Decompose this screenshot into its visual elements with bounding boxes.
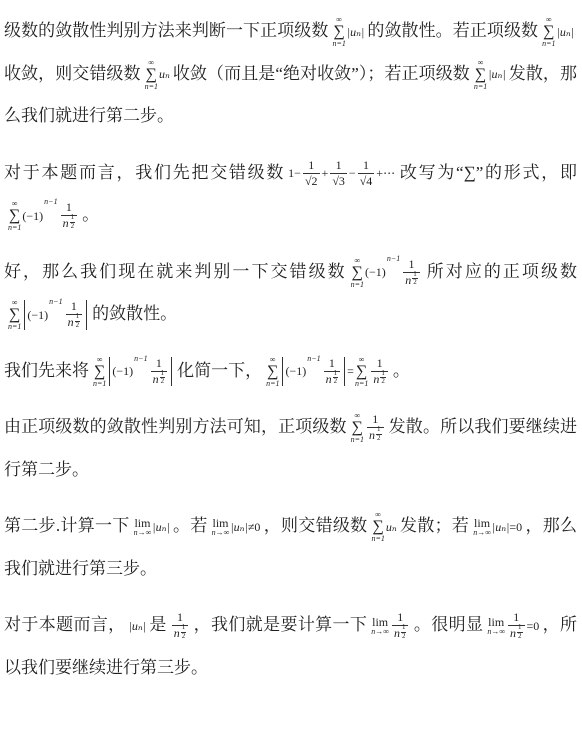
text-run: 。很明显	[413, 615, 483, 634]
var-n: n	[326, 373, 332, 387]
denominator: n12	[151, 371, 168, 387]
fraction-1-over-n-half: 1n12	[403, 258, 420, 288]
text-run: 化简一下，	[177, 361, 262, 380]
sum-operator: ∞∑n=1	[8, 299, 21, 331]
fraction-1-over-n-half: 1n12	[508, 611, 525, 641]
sigma-icon: ∑	[333, 24, 344, 40]
fraction-1-over-n-half: 1n12	[66, 300, 83, 330]
abs-bar-left	[24, 300, 25, 330]
limit-operator: limn→∞	[371, 616, 389, 636]
n-power-half: n12	[373, 373, 386, 387]
formula-alternating-series: ∞∑n=1(−1)n−11n12	[350, 257, 422, 289]
exponent-n-minus-1: n−1	[44, 198, 57, 207]
sum-operator: ∞∑n=1	[355, 356, 368, 388]
n-power-half: n12	[63, 217, 76, 231]
abs-bar-left	[282, 357, 283, 387]
formula-lim-abs-un: limn→∞|uₙ|	[133, 517, 170, 537]
lim-subscript: n→∞	[371, 628, 389, 636]
sigma-icon: ∑	[352, 420, 363, 436]
n-power-half: n12	[394, 627, 407, 641]
paragraph-2: 对于本题而言，我们先把交错级数1−1√2+1√3−1√4+⋯改写为“∑”的形式，…	[4, 152, 577, 237]
var-n: n	[63, 217, 69, 231]
fraction-1-over-n-half: 1n12	[61, 201, 78, 231]
exponent-n-minus-1: n−1	[307, 355, 320, 364]
sum-lower-limit: n=1	[332, 40, 345, 48]
n-power-half: n12	[405, 274, 418, 288]
exp-denominator: 2	[413, 279, 417, 287]
un-term: uₙ	[386, 521, 397, 534]
limit-operator: limn→∞	[134, 517, 152, 537]
text-run: 由正项级数的敛散性判别方法可知，正项级数	[4, 417, 347, 436]
var-n: n	[394, 627, 400, 641]
exp-denominator: 2	[377, 435, 381, 443]
exponent-half: 12	[70, 214, 76, 230]
equals-sign: =	[509, 521, 516, 534]
sum-operator: ∞∑n=1	[332, 16, 345, 48]
exp-denominator: 2	[402, 633, 406, 641]
denominator: n12	[508, 625, 525, 641]
formula-abs-un: |uₙ|	[129, 620, 146, 633]
exponent-n-minus-1: n−1	[387, 255, 400, 264]
plus-sign: +	[322, 167, 329, 180]
text-run: 收敛（而且是“绝对收敛”）；若正项级数	[173, 64, 470, 83]
absolute-value-group: (−1)n−11n12	[22, 300, 89, 330]
limit-operator: limn→∞	[487, 616, 505, 636]
denominator: n12	[61, 215, 78, 231]
zero-value: 0	[516, 521, 522, 534]
denominator-sqrt4: √4	[358, 173, 375, 189]
neq-sign: ≠	[248, 521, 255, 534]
sigma-icon: ∑	[9, 208, 20, 224]
var-n: n	[405, 274, 411, 288]
var-n: n	[510, 627, 516, 641]
sum-lower-limit: n=1	[351, 436, 364, 444]
exp-denominator: 2	[381, 378, 385, 386]
exp-denominator: 2	[334, 378, 338, 386]
neg-one-term: (−1)	[22, 210, 43, 223]
neg-one-term: (−1)	[285, 365, 306, 378]
fraction-1-over-n-half: 1n12	[371, 357, 388, 387]
exp-denominator: 2	[182, 633, 186, 641]
var-n: n	[373, 373, 379, 387]
formula-sum-abs-un: ∞∑n=1|uₙ|	[331, 16, 364, 48]
abs-un-term: |uₙ|	[488, 68, 505, 81]
numerator: 1	[306, 159, 316, 173]
text-run: 是	[149, 615, 167, 634]
text-run: 对于本题而言，	[4, 615, 126, 634]
exponent-half: 12	[412, 271, 418, 287]
denominator-sqrt2: √2	[303, 173, 320, 189]
paragraph-1: 级数的敛散性判别方法来判断一下正项级数∞∑n=1|uₙ|的敛散性。若正项级数∞∑…	[4, 10, 577, 138]
exponent-half: 12	[401, 624, 407, 640]
absolute-value-group: (−1)n−11n12	[107, 357, 174, 387]
exp-denominator: 2	[76, 322, 80, 330]
exponent-half: 12	[160, 370, 166, 386]
numerator: 1	[361, 159, 371, 173]
limit-operator: limn→∞	[212, 517, 230, 537]
text-run: 发散；若	[400, 516, 469, 535]
zero-value: 0	[533, 620, 539, 633]
sum-lower-limit: n=1	[266, 380, 279, 388]
sigma-icon: ∑	[543, 24, 554, 40]
paragraph-6: 第二步.计算一下limn→∞|uₙ|。若limn→∞|uₙ|≠0，则交错级数∞∑…	[4, 505, 577, 590]
exponent-n-minus-1: n−1	[134, 355, 147, 364]
lim-subscript: n→∞	[473, 529, 491, 537]
sigma-icon: ∑	[352, 265, 363, 281]
denominator: n12	[392, 625, 409, 641]
text-run: 的敛散性。	[92, 304, 177, 323]
formula-alternating-series: ∞∑n=1(−1)n−11n12	[7, 200, 79, 232]
paragraph-3: 好，那么我们现在就来判别一下交错级数∞∑n=1(−1)n−11n12所对应的正项…	[4, 251, 577, 336]
var-n: n	[153, 373, 159, 387]
text-run: 。若	[173, 516, 208, 535]
formula-lim-abs-un-zero: limn→∞|uₙ|=0	[472, 517, 522, 537]
sum-operator: ∞∑n=1	[8, 200, 21, 232]
formula-lim-1-over-n-half-zero: limn→∞1n12=0	[486, 611, 539, 641]
text-run: 对于本题而言，我们先把交错级数	[4, 163, 285, 182]
abs-bar-right	[171, 357, 172, 387]
sum-lower-limit: n=1	[93, 380, 106, 388]
sum-lower-limit: n=1	[355, 380, 368, 388]
text-run: ，则交错级数	[263, 516, 367, 535]
formula-sum-un: ∞∑n=1uₙ	[144, 59, 170, 91]
fraction-1-sqrt2: 1√2	[303, 159, 320, 189]
document: 级数的敛散性判别方法来判断一下正项级数∞∑n=1|uₙ|的敛散性。若正项级数∞∑…	[4, 10, 577, 689]
n-power-half: n12	[153, 373, 166, 387]
lim-subscript: n→∞	[134, 529, 152, 537]
text-run: 级数的敛散性判别方法来判断一下正项级数	[4, 21, 328, 40]
sum-lower-limit: n=1	[474, 83, 487, 91]
denominator: n12	[172, 625, 189, 641]
sigma-icon: ∑	[9, 307, 20, 323]
formula-sum-abs-un: ∞∑n=1|uₙ|	[473, 59, 506, 91]
neg-one-term: (−1)	[365, 266, 386, 279]
un-term: uₙ	[159, 68, 170, 81]
exponent-half: 12	[181, 624, 187, 640]
abs-un-term: |uₙ|	[152, 521, 169, 534]
fraction-1-sqrt4: 1√4	[358, 159, 375, 189]
n-power-half: n12	[326, 373, 339, 387]
formula-simplification-equation: ∞∑n=1(−1)n−11n12=∞∑n=11n12	[265, 356, 390, 388]
paragraph-4: 我们先来将∞∑n=1(−1)n−11n12化简一下，∞∑n=1(−1)n−11n…	[4, 350, 577, 393]
abs-un-term: |uₙ|	[347, 26, 364, 39]
minus-sign: −	[349, 167, 356, 180]
neg-one-term: (−1)	[27, 309, 48, 322]
sum-lower-limit: n=1	[8, 323, 21, 331]
sigma-icon: ∑	[267, 364, 278, 380]
abs-un-term: |uₙ|	[129, 620, 146, 633]
paragraph-7: 对于本题而言，|uₙ|是1n12，我们就是要计算一下limn→∞1n12。很明显…	[4, 604, 577, 689]
sum-lower-limit: n=1	[351, 281, 364, 289]
exponent-half: 12	[517, 624, 523, 640]
ellipsis: +⋯	[376, 167, 395, 180]
sum-operator: ∞∑n=1	[351, 257, 364, 289]
sum-lower-limit: n=1	[542, 40, 555, 48]
fraction-1-over-n-half: 1n12	[367, 413, 384, 443]
sum-operator: ∞∑n=1	[351, 412, 364, 444]
formula-sum-abs-un: ∞∑n=1|uₙ|	[541, 16, 574, 48]
var-n: n	[369, 429, 375, 443]
sigma-icon: ∑	[356, 364, 367, 380]
paragraph-5: 由正项级数的敛散性判别方法可知，正项级数∞∑n=11n12发散。所以我们要继续进…	[4, 406, 577, 491]
abs-un-term: |uₙ|	[557, 26, 574, 39]
text-run: 我们先来将	[4, 361, 89, 380]
text-run: 。	[393, 361, 410, 380]
limit-operator: limn→∞	[473, 517, 491, 537]
abs-bar-left	[109, 357, 110, 387]
abs-bar-right	[86, 300, 87, 330]
absolute-value-group: (−1)n−11n12	[280, 357, 347, 387]
sum-lower-limit: n=1	[8, 224, 21, 232]
exponent-half: 12	[376, 426, 382, 442]
sigma-icon: ∑	[146, 67, 157, 83]
text-run: 。	[82, 205, 99, 224]
exp-denominator: 2	[71, 223, 75, 231]
exp-denominator: 2	[161, 378, 165, 386]
sum-operator: ∞∑n=1	[93, 356, 106, 388]
fraction-1-over-n-half: 1n12	[172, 611, 189, 641]
fraction-1-over-n-half: 1n12	[392, 611, 409, 641]
abs-bar-right	[344, 357, 345, 387]
abs-un-term: |uₙ|	[492, 521, 509, 534]
exponent-half: 12	[333, 370, 339, 386]
formula-sum-un: ∞∑n=1uₙ	[370, 511, 396, 543]
formula-abs-alternating-series: ∞∑n=1(−1)n−11n12	[7, 299, 89, 331]
numerator: 1	[334, 159, 344, 173]
series-lead: 1−	[288, 167, 301, 180]
formula-series-expanded: 1−1√2+1√3−1√4+⋯	[288, 159, 395, 189]
denominator-sqrt3: √3	[330, 173, 347, 189]
text-run: 所对应的正项级数	[425, 262, 577, 281]
var-n: n	[68, 316, 74, 330]
sum-operator: ∞∑n=1	[371, 511, 384, 543]
text-run: 第二步.计算一下	[4, 516, 130, 535]
formula-lim-1-over-n-half: limn→∞1n12	[370, 611, 410, 641]
sum-operator: ∞∑n=1	[145, 59, 158, 91]
sigma-icon: ∑	[475, 67, 486, 83]
equals-sign: =	[527, 620, 534, 633]
formula-1-over-n-half: 1n12	[170, 611, 191, 641]
fraction-1-over-n-half: 1n12	[324, 357, 341, 387]
denominator: n12	[66, 314, 83, 330]
denominator: n12	[403, 272, 420, 288]
zero-value: 0	[254, 521, 260, 534]
exponent-half: 12	[75, 313, 81, 329]
fraction-1-over-n-half: 1n12	[151, 357, 168, 387]
text-run: 好，那么我们现在就来判别一下交错级数	[4, 262, 347, 281]
text-run: 收敛，则交错级数	[4, 64, 141, 83]
equals-sign: =	[347, 365, 354, 378]
n-power-half: n12	[174, 627, 187, 641]
sigma-icon: ∑	[94, 364, 105, 380]
sum-lower-limit: n=1	[371, 535, 384, 543]
exp-denominator: 2	[518, 633, 522, 641]
sum-operator: ∞∑n=1	[474, 59, 487, 91]
fraction-1-sqrt3: 1√3	[330, 159, 347, 189]
denominator: n12	[367, 427, 384, 443]
lim-subscript: n→∞	[487, 628, 505, 636]
text-run: ，我们就是要计算一下	[193, 615, 367, 634]
sum-operator: ∞∑n=1	[266, 356, 279, 388]
n-power-half: n12	[68, 316, 81, 330]
sum-operator: ∞∑n=1	[542, 16, 555, 48]
lim-subscript: n→∞	[212, 529, 230, 537]
exponent-half: 12	[380, 370, 386, 386]
neg-one-term: (−1)	[112, 365, 133, 378]
var-n: n	[174, 627, 180, 641]
text-run: 改写为“∑”的形式，即	[398, 163, 577, 182]
text-run: 的敛散性。若正项级数	[367, 21, 538, 40]
sigma-icon: ∑	[372, 519, 383, 535]
n-power-half: n12	[510, 627, 523, 641]
n-power-half: n12	[369, 429, 382, 443]
abs-un-term: |uₙ|	[230, 521, 247, 534]
formula-abs-alternating-series: ∞∑n=1(−1)n−11n12	[92, 356, 174, 388]
denominator: n12	[371, 371, 388, 387]
sum-lower-limit: n=1	[145, 83, 158, 91]
formula-sum-1-over-n-half: ∞∑n=11n12	[350, 412, 386, 444]
exponent-n-minus-1: n−1	[49, 298, 62, 307]
formula-lim-abs-un-nonzero: limn→∞|uₙ|≠0	[211, 517, 261, 537]
denominator: n12	[324, 371, 341, 387]
